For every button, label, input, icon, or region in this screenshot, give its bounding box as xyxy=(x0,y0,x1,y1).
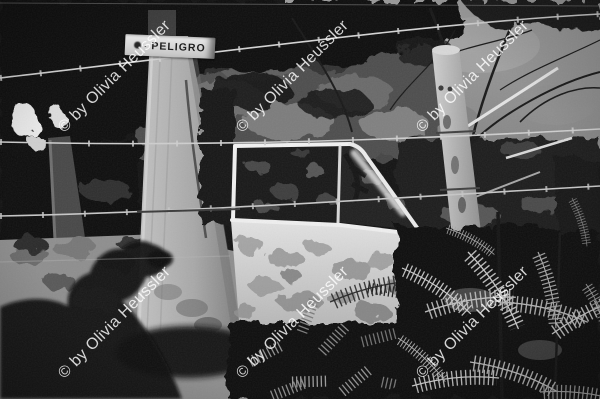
photo: - PELIGRO © by Olivia Heussler © by Oliv… xyxy=(0,0,600,399)
danger-sign-text: - PELIGRO xyxy=(143,39,206,54)
vignette xyxy=(0,0,600,399)
photo-scene xyxy=(0,0,600,399)
sign-mark xyxy=(134,41,141,48)
danger-sign: - PELIGRO xyxy=(125,34,216,59)
